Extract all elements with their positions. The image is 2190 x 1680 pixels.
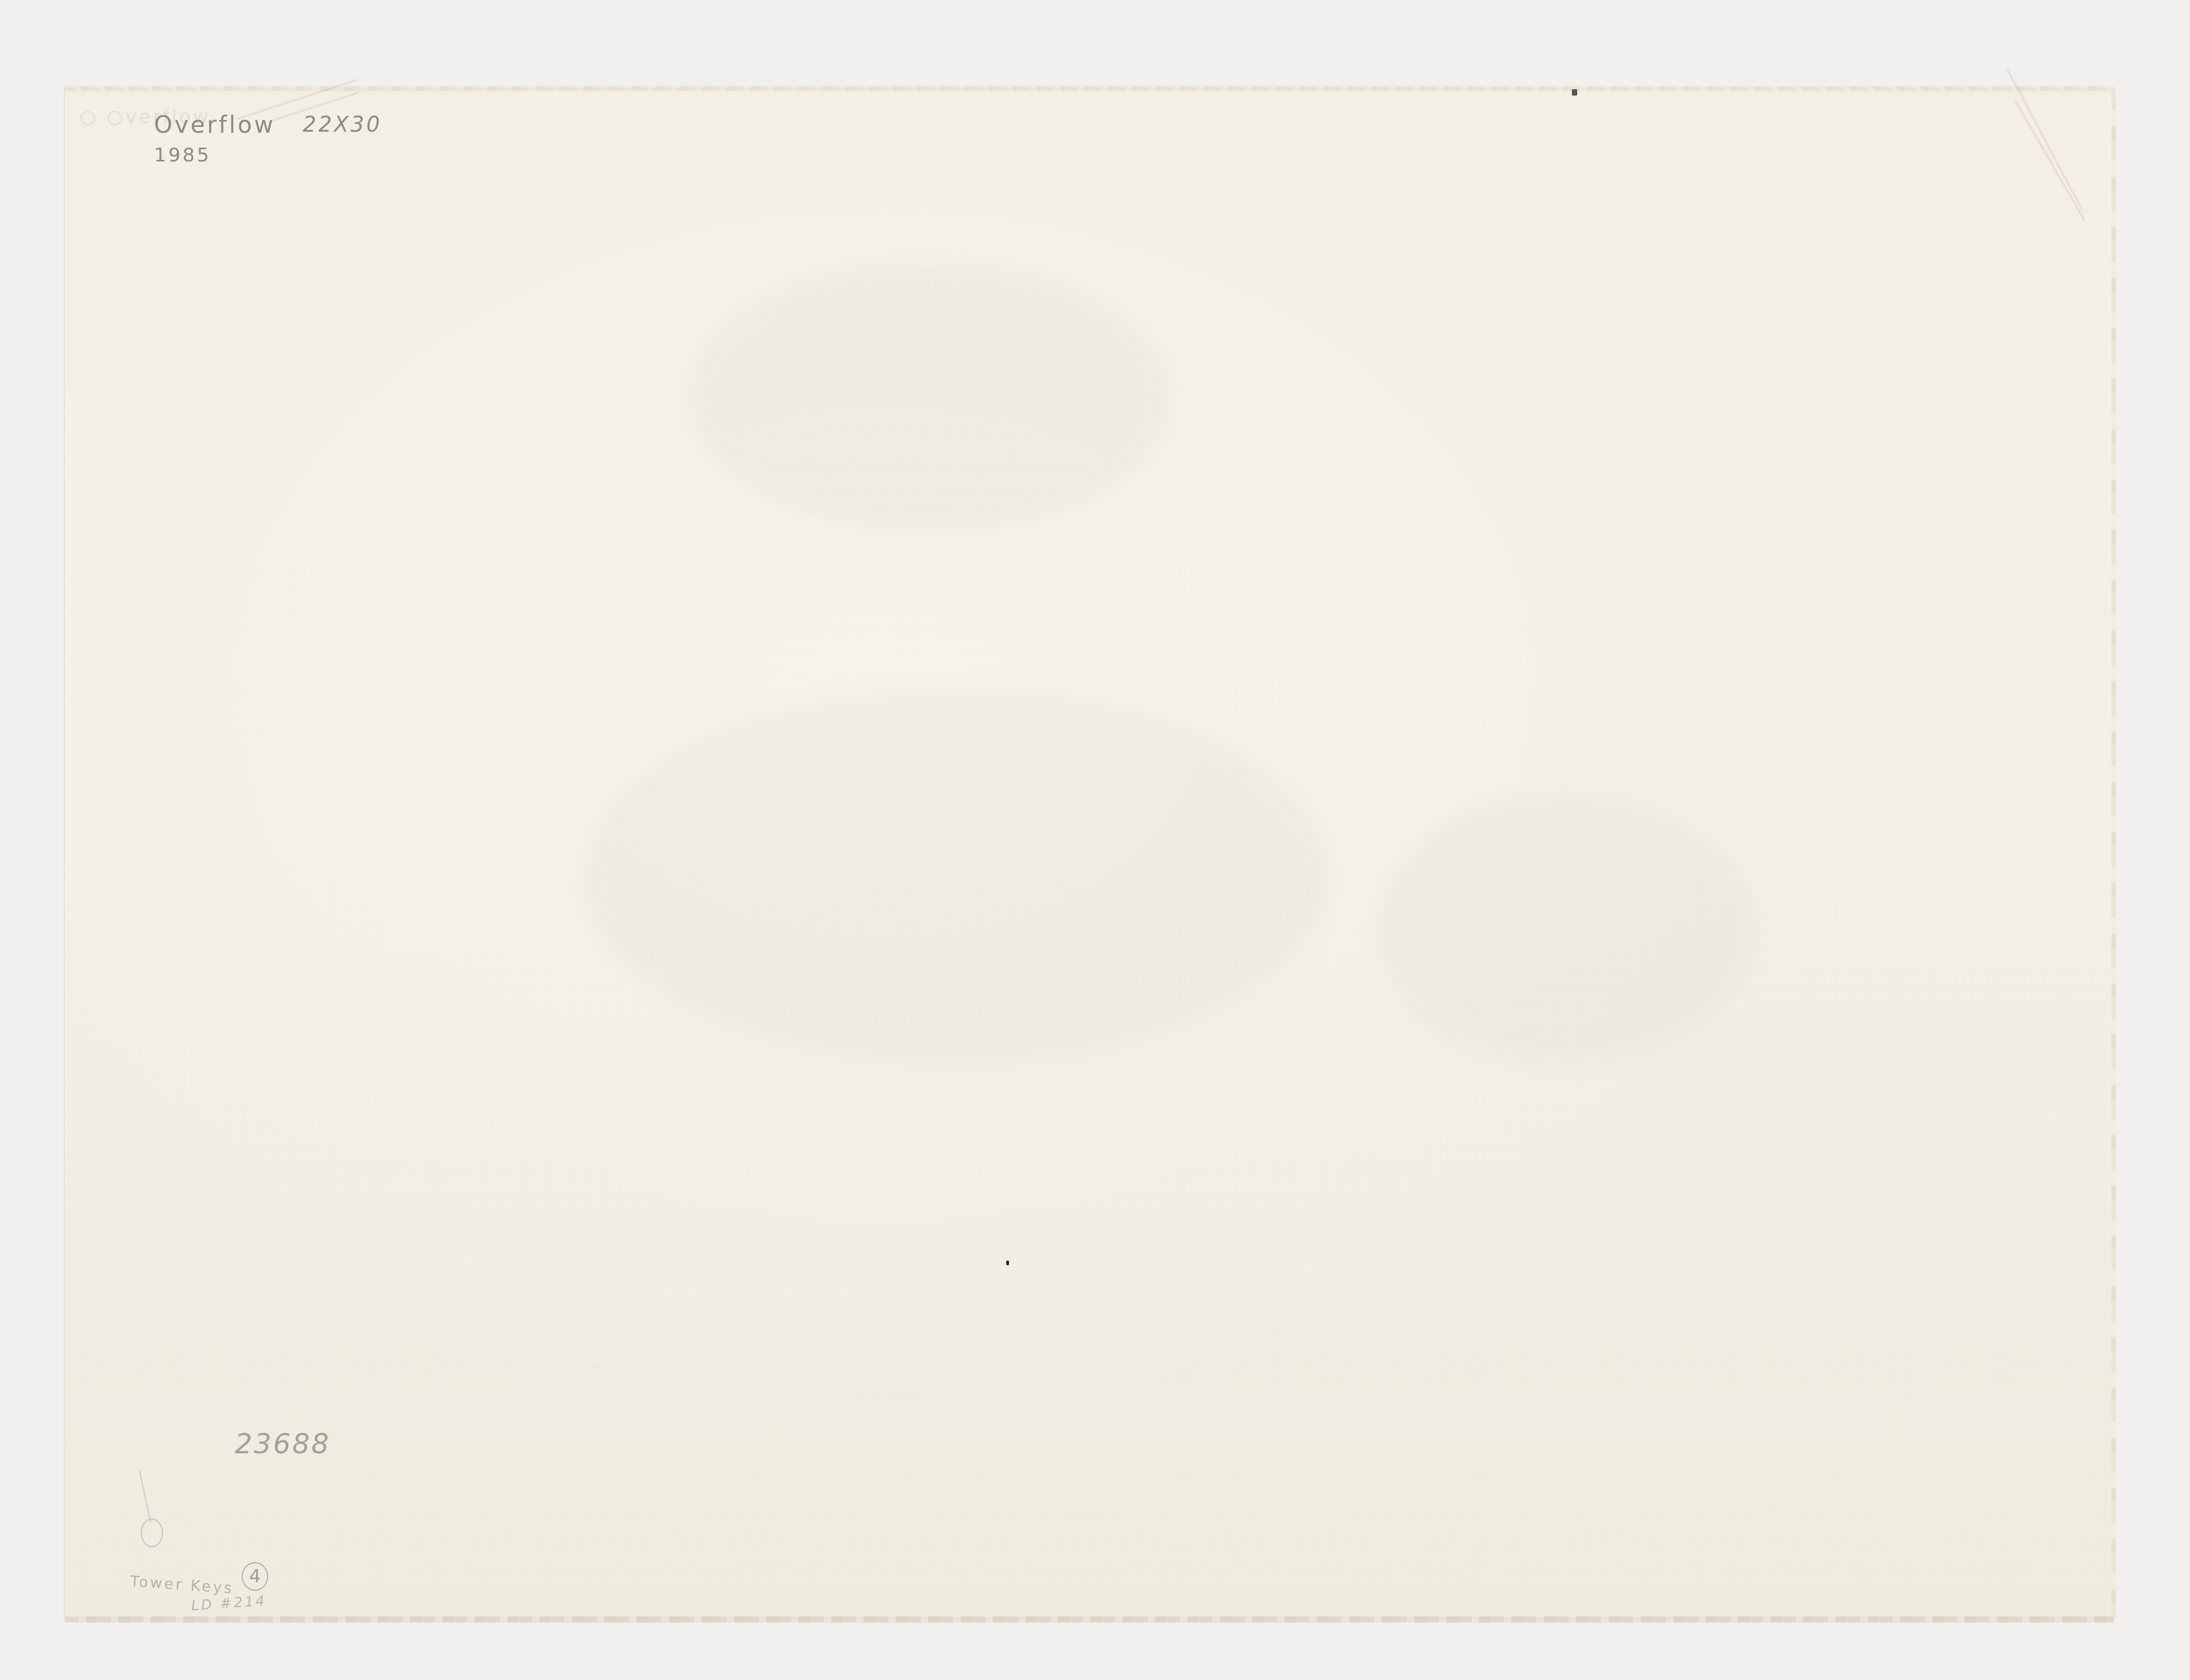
inscription-year: 1985	[154, 144, 211, 166]
paper-smudge	[1381, 796, 1752, 1062]
pencil-circle-mark	[141, 1519, 163, 1547]
circled-number: 4	[242, 1562, 268, 1591]
top-edge-mark	[1572, 89, 1577, 96]
paper-smudge	[584, 690, 1328, 1062]
deckled-right-edge	[2111, 89, 2116, 1618]
inscription-title: Overflow	[154, 112, 275, 139]
inventory-number: 23688	[235, 1428, 330, 1460]
circled-number-value: 4	[249, 1566, 261, 1587]
inscription-dimensions: 22X30	[303, 113, 382, 137]
paper-speck	[1006, 1261, 1009, 1265]
paper-smudge	[690, 265, 1168, 531]
